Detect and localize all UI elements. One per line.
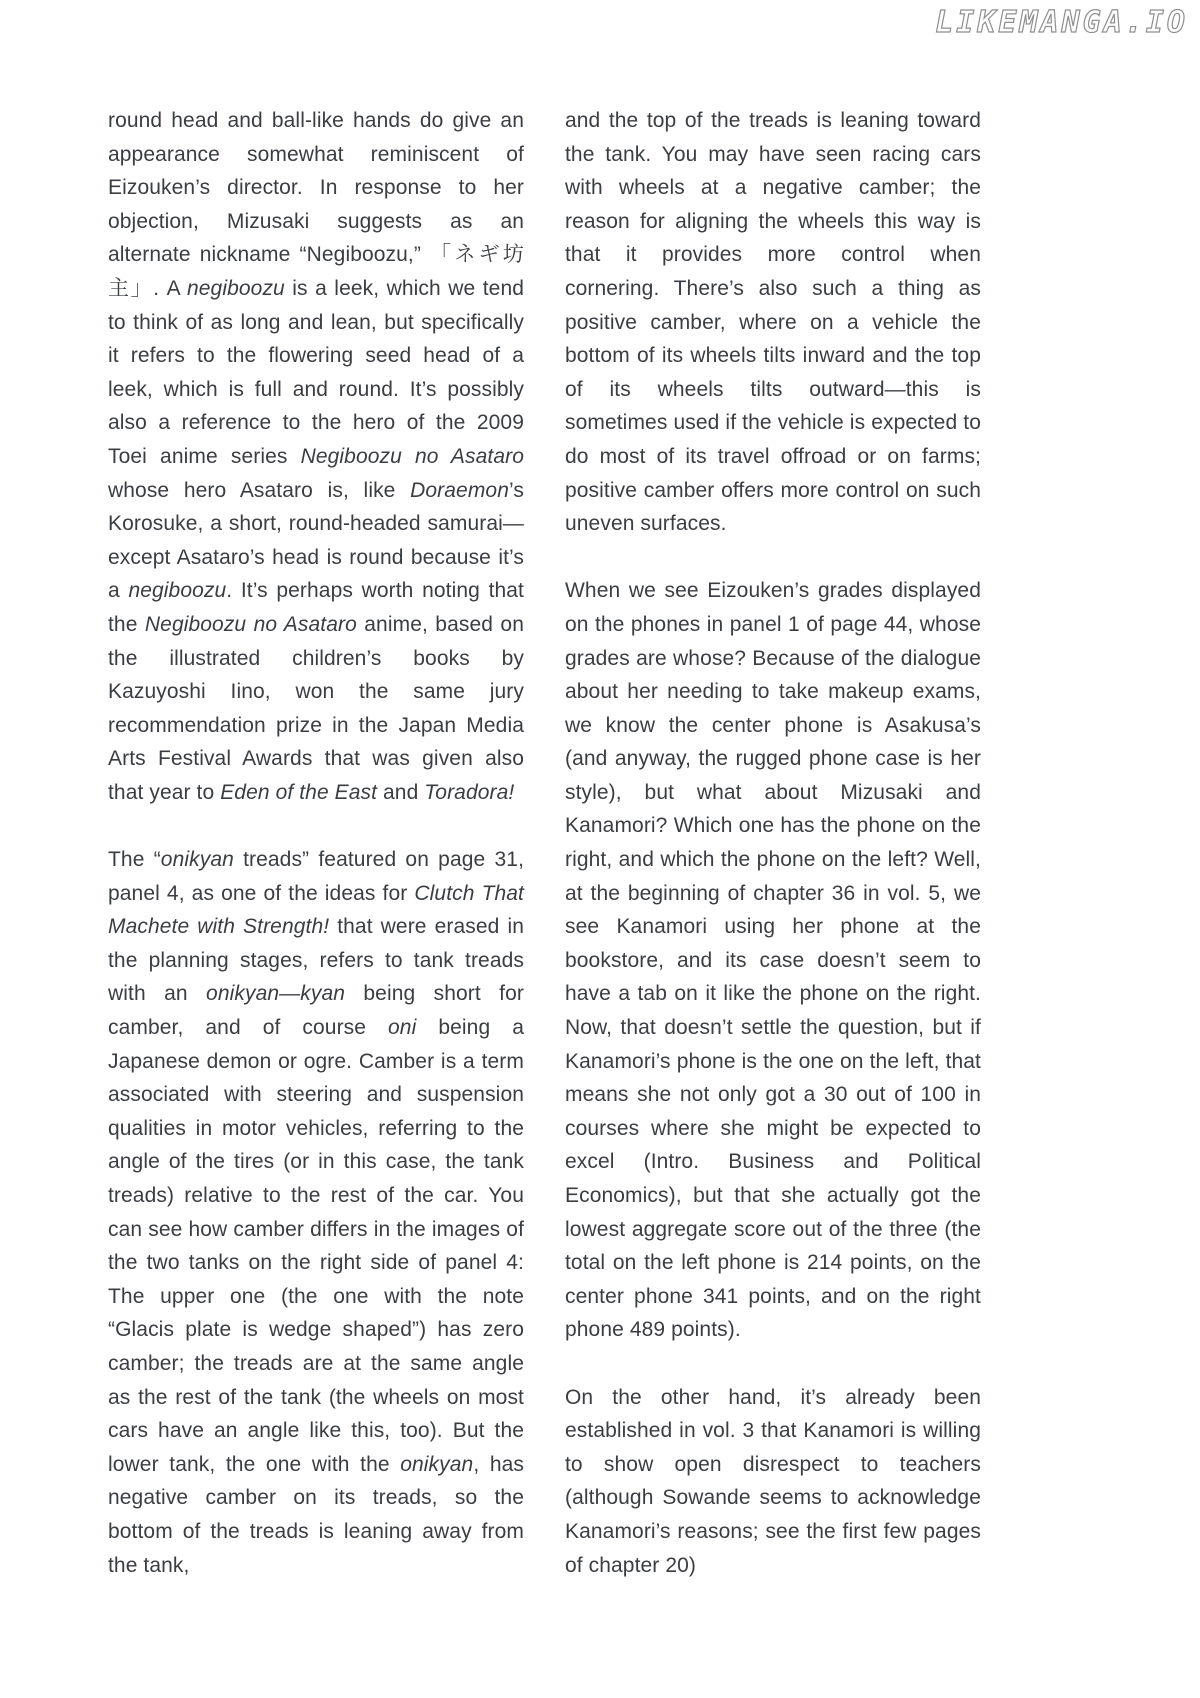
text-run: and — [377, 781, 424, 804]
book-page: LIKEMANGA.IO round head and ball-like ha… — [0, 0, 1200, 1698]
text-run: On the other hand, it’s already been est… — [565, 1386, 981, 1577]
italic-text-run: Eden of the East — [220, 781, 377, 804]
italic-text-run: Toradora! — [424, 781, 514, 804]
italic-text-run: kyan — [300, 982, 345, 1005]
text-run: round head and ball-like hands do give a… — [108, 109, 524, 300]
italic-text-run: onikyan — [206, 982, 279, 1005]
paragraph: The “onikyan treads” featured on page 31… — [108, 843, 524, 1582]
text-run: being a Japanese demon or ogre. Camber i… — [108, 1016, 524, 1476]
italic-text-run: Negiboozu no Asataro — [301, 445, 524, 468]
text-column-right: and the top of the treads is leaning tow… — [565, 104, 981, 1582]
text-run: is a leek, which we tend to think of as … — [108, 277, 524, 468]
paragraph: and the top of the treads is leaning tow… — [565, 104, 981, 541]
site-watermark: LIKEMANGA.IO — [935, 5, 1188, 40]
paragraph: round head and ball-like hands do give a… — [108, 104, 524, 809]
italic-text-run: negiboozu — [128, 579, 226, 602]
text-run: anime, based on the illustrated children… — [108, 613, 524, 804]
italic-text-run: oni — [388, 1016, 416, 1039]
italic-text-run: Doraemon — [410, 479, 509, 502]
italic-text-run: negiboozu — [187, 277, 285, 300]
italic-text-run: onikyan — [400, 1453, 473, 1476]
italic-text-run: onikyan — [161, 848, 234, 871]
two-column-text-block: round head and ball-like hands do give a… — [108, 104, 981, 1582]
text-run: The “ — [108, 848, 161, 871]
italic-text-run: Negiboozu no Asataro — [145, 613, 357, 636]
text-run: whose hero Asataro is, like — [108, 479, 410, 502]
text-column-left: round head and ball-like hands do give a… — [108, 104, 524, 1582]
text-run: and the top of the treads is leaning tow… — [565, 109, 981, 535]
paragraph: When we see Eizouken’s grades displayed … — [565, 574, 981, 1347]
text-run: When we see Eizouken’s grades displayed … — [565, 579, 981, 1341]
paragraph: On the other hand, it’s already been est… — [565, 1381, 981, 1583]
text-run: — — [279, 982, 300, 1005]
